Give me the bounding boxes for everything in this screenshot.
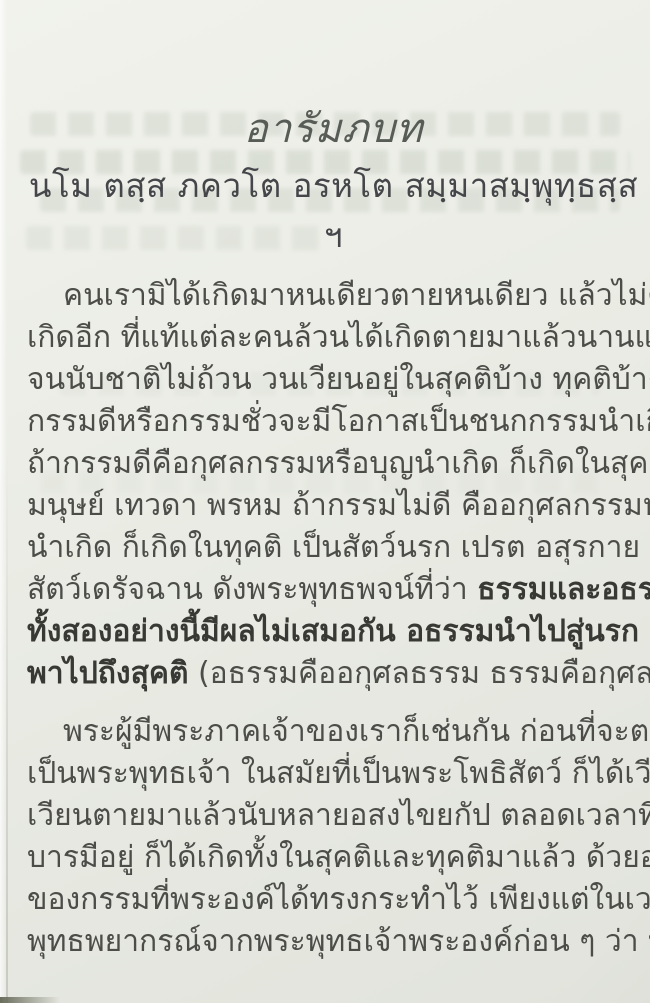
text-line: พระผู้มีพระภาคเจ้าของเราก็เช่นกัน ก่อนที…	[27, 711, 640, 753]
body-text-segment: สัตว์เดรัจฉาน ดังพระพุทธพจน์ที่ว่า	[27, 572, 477, 607]
namo-salutation: นโม ตสฺส ภควโต อรหโต สมฺมาสมฺพุทฺธสฺส ฯ	[27, 161, 640, 261]
text-line: พุทธพยากรณ์จากพระพุทธเจ้าพระองค์ก่อน ๆ ว…	[27, 921, 640, 963]
body-text-segment: คนเรามิได้เกิดมาหนเดียวตายหนเดียว แล้วไม…	[63, 278, 650, 313]
text-line: บารมีอยู่ ก็ได้เกิดทั้งในสุคติและทุคติมา…	[27, 837, 640, 879]
text-line: ทั้งสองอย่างนี้มีผลไม่เสมอกัน อธรรมนำไปส…	[27, 611, 640, 653]
body-text-segment: พระผู้มีพระภาคเจ้าของเราก็เช่นกัน ก่อนที…	[63, 714, 650, 749]
body-text: คนเรามิได้เกิดมาหนเดียวตายหนเดียว แล้วไม…	[27, 275, 640, 963]
body-text-segment: บารมีอยู่ ก็ได้เกิดทั้งในสุคติและทุคติมา…	[27, 840, 650, 875]
text-line: คนเรามิได้เกิดมาหนเดียวตายหนเดียว แล้วไม…	[27, 275, 640, 317]
body-text-segment: ของกรรมที่พระองค์ได้ทรงกระทำไว้ เพียงแต่…	[27, 882, 650, 917]
body-text-segment: เวียนตายมาแล้วนับหลายอสงไขยกัป ตลอดเวลาท…	[27, 798, 650, 833]
body-text-segment: กรรมดีหรือกรรมชั่วจะมีโอกาสเป็นชนกกรรมนำ…	[27, 404, 650, 439]
body-text-segment: นำเกิด ก็เกิดในทุคติ เป็นสัตว์นรก เปรต อ…	[27, 530, 650, 565]
page-content: อารัมภบท นโม ตสฺส ภควโต อรหโต สมฺมาสมฺพุ…	[27, 0, 640, 979]
text-line: สัตว์เดรัจฉาน ดังพระพุทธพจน์ที่ว่า ธรรมแ…	[27, 569, 640, 611]
text-line: ของกรรมที่พระองค์ได้ทรงกระทำไว้ เพียงแต่…	[27, 879, 640, 921]
text-line: พาไปถึงสุคติ (อธรรมคืออกุศลธรรม ธรรมคือก…	[27, 653, 640, 695]
text-line: นำเกิด ก็เกิดในทุคติ เป็นสัตว์นรก เปรต อ…	[27, 527, 640, 569]
emphasized-text: ธรรมและอธรรม	[477, 572, 650, 607]
text-line: เป็นพระพุทธเจ้า ในสมัยที่เป็นพระโพธิสัตว…	[27, 753, 640, 795]
text-line: ถ้ากรรมดีคือกุศลกรรมหรือบุญนำเกิด ก็เกิด…	[27, 443, 640, 485]
body-text-segment: เป็นพระพุทธเจ้า ในสมัยที่เป็นพระโพธิสัตว…	[27, 756, 650, 791]
body-text-segment: พุทธพยากรณ์จากพระพุทธเจ้าพระองค์ก่อน ๆ ว…	[27, 924, 650, 959]
body-text-segment: มนุษย์ เทวดา พรหม ถ้ากรรมไม่ดี คืออกุศลก…	[27, 488, 650, 523]
body-text-segment: จนนับชาติไม่ถ้วน วนเวียนอยู่ในสุคติบ้าง …	[27, 362, 650, 397]
body-text-segment: ถ้ากรรมดีคือกุศลกรรมหรือบุญนำเกิด ก็เกิด…	[27, 446, 650, 481]
paragraph: คนเรามิได้เกิดมาหนเดียวตายหนเดียว แล้วไม…	[27, 275, 640, 695]
text-line: เกิดอีก ที่แท้แต่ละคนล้วนได้เกิดตายมาแล้…	[27, 317, 640, 359]
book-page: อารัมภบท นโม ตสฺส ภควโต อรหโต สมฺมาสมฺพุ…	[0, 0, 650, 1003]
body-text-segment: (อธรรมคืออกุศลธรรม ธรรมคือกุศลธรรม)	[188, 656, 650, 691]
paragraph: พระผู้มีพระภาคเจ้าของเราก็เช่นกัน ก่อนที…	[27, 711, 640, 963]
text-line: มนุษย์ เทวดา พรหม ถ้ากรรมไม่ดี คืออกุศลก…	[27, 485, 640, 527]
text-line: จนนับชาติไม่ถ้วน วนเวียนอยู่ในสุคติบ้าง …	[27, 359, 640, 401]
page-left-seam	[6, 451, 8, 1003]
emphasized-text: พาไปถึงสุคติ	[27, 656, 188, 691]
emphasized-text: ทั้งสองอย่างนี้มีผลไม่เสมอกัน อธรรมนำไปส…	[27, 614, 650, 649]
page-title: อารัมภบท	[27, 103, 640, 155]
text-line: เวียนตายมาแล้วนับหลายอสงไขยกัป ตลอดเวลาท…	[27, 795, 640, 837]
page-corner-shadow	[0, 997, 60, 1003]
text-line: กรรมดีหรือกรรมชั่วจะมีโอกาสเป็นชนกกรรมนำ…	[27, 401, 640, 443]
body-text-segment: เกิดอีก ที่แท้แต่ละคนล้วนได้เกิดตายมาแล้…	[27, 320, 650, 355]
